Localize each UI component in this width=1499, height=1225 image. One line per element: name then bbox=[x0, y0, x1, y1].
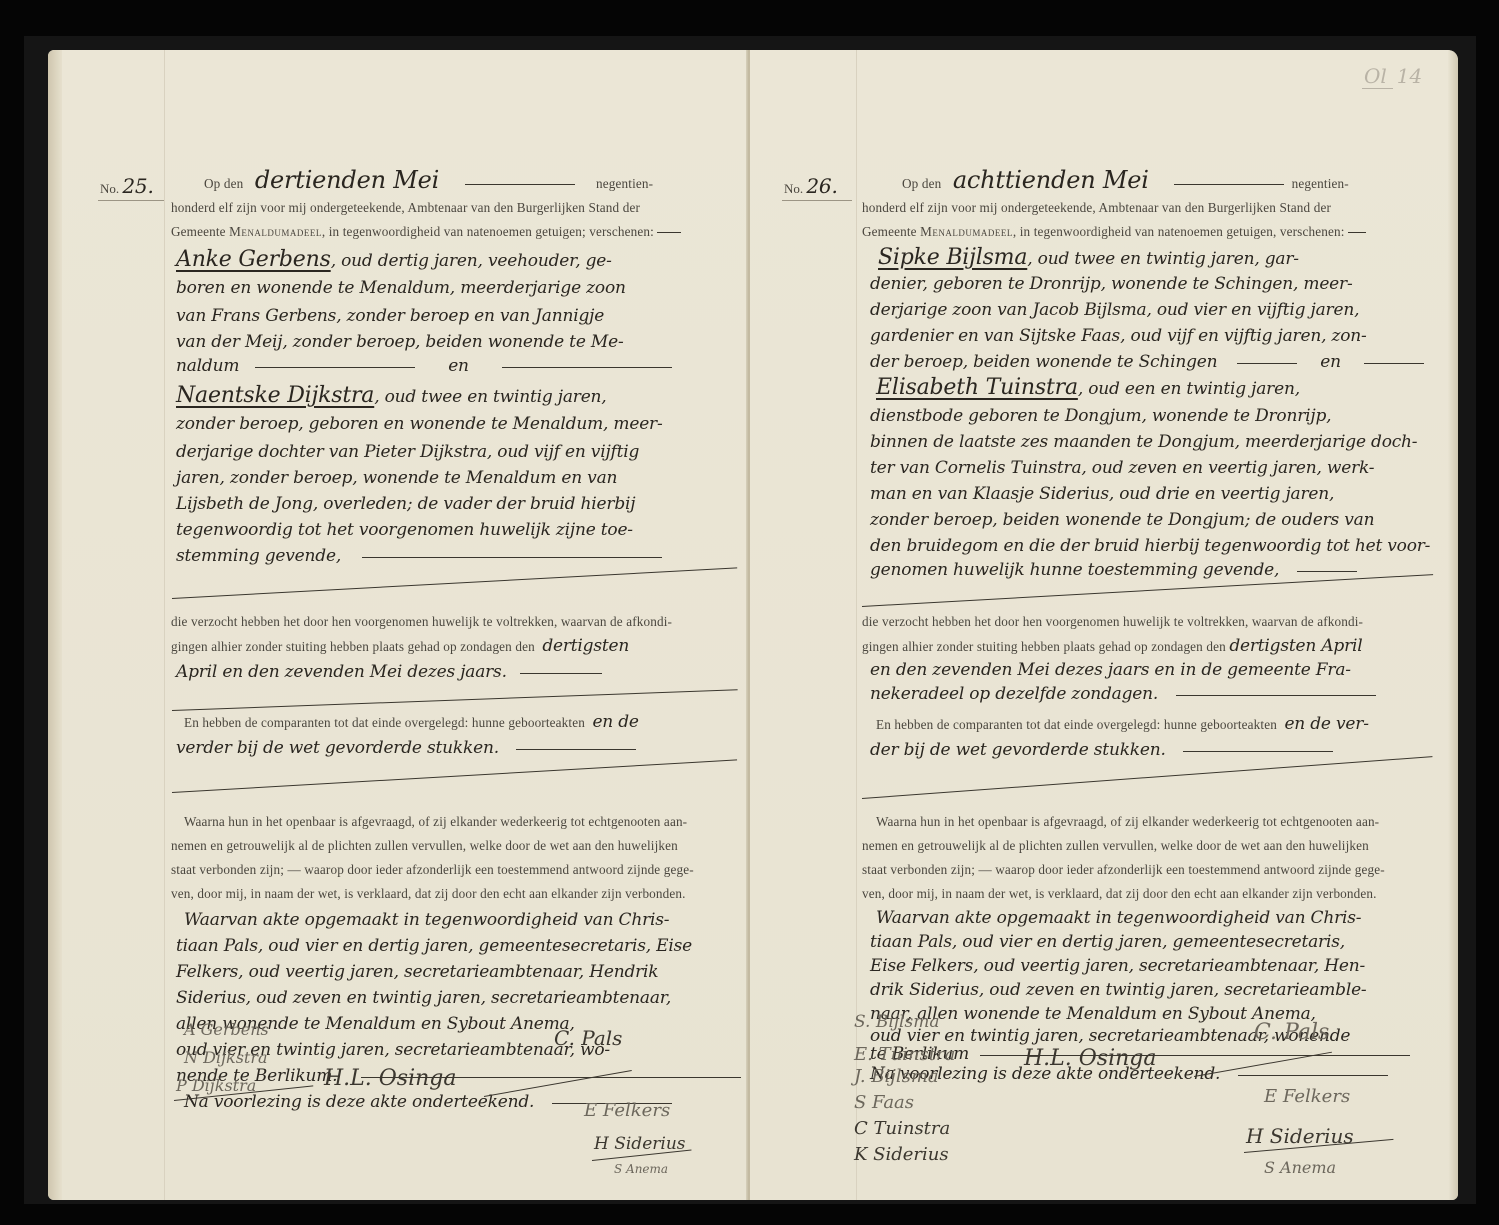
entry-number-rule bbox=[98, 200, 164, 201]
witness-line-2: tiaan Pals, oud vier en dertig jaren, ge… bbox=[870, 930, 1345, 954]
bride-line-8: genomen huwelijk hunne toestemming geven… bbox=[870, 558, 1357, 583]
opening-line-1: Op den dertienden Mei negentien- bbox=[204, 168, 653, 196]
signature-father-groom: J. Bijlsma bbox=[854, 1066, 939, 1087]
bride-name: Naentske Dijkstra bbox=[176, 383, 374, 408]
proclamation-date: dertigsten bbox=[542, 636, 629, 656]
bride-line-1: Naentske Dijkstra, oud twee en twintig j… bbox=[176, 384, 607, 410]
bride-line-7: stemming gevende, bbox=[176, 544, 662, 569]
groom-name: Sipke Bijlsma bbox=[878, 245, 1027, 270]
groom-line-4: gardenier en van Sijtske Faas, oud vijf … bbox=[870, 324, 1367, 348]
signature-bride: N Dijkstra bbox=[184, 1048, 268, 1067]
witness-line-7: nende te Berlikum. bbox=[176, 1064, 741, 1089]
signature-father-bride: C Tuinstra bbox=[854, 1118, 950, 1139]
register-book: No. 25. Op den dertienden Mei negentien-… bbox=[24, 36, 1476, 1204]
proclamation-line-2: gingen alhier zonder stuiting hebben pla… bbox=[171, 634, 629, 659]
signature-registrar: H.L. Osinga bbox=[324, 1066, 457, 1091]
vows-line-1: Waarna hun in het openbaar is afgevraagd… bbox=[876, 810, 1379, 834]
signature-registrar: H.L. Osinga bbox=[1024, 1046, 1157, 1071]
documents-line-1: En hebben de comparanten tot dat einde o… bbox=[184, 710, 639, 735]
groom-name: Anke Gerbens bbox=[176, 247, 331, 272]
groom-line-2: denier, geboren te Dronrijp, wonende te … bbox=[870, 272, 1353, 296]
documents-line-1: En hebben de comparanten tot dat einde o… bbox=[876, 712, 1369, 737]
signature-bride: E. Tuinstra bbox=[854, 1044, 955, 1065]
bride-line-2: zonder beroep, geboren en wonende te Men… bbox=[176, 412, 663, 436]
marriage-date: achttienden Mei bbox=[953, 166, 1149, 194]
proclamation-line-1: die verzocht hebben het door hen voorgen… bbox=[862, 610, 1363, 634]
vows-line-3: staat verbonden zijn; — waarop door iede… bbox=[862, 858, 1385, 882]
signature-witness-4: S Anema bbox=[1264, 1158, 1336, 1177]
municipality-name: Menaldumadeel bbox=[229, 224, 322, 239]
signature-witness-4: S Anema bbox=[614, 1162, 668, 1176]
entry-number-value: 25. bbox=[122, 174, 153, 198]
signature-witness-2: E Felkers bbox=[584, 1100, 670, 1121]
bride-line-6: tegenwoordig tot het voorgenomen huwelij… bbox=[176, 518, 633, 542]
documents-line-2: der bij de wet gevorderde stukken. bbox=[870, 738, 1333, 763]
closing-stroke bbox=[172, 567, 737, 599]
vows-line-2: nemen en getrouwelijk al de plichten zul… bbox=[862, 834, 1369, 858]
vows-line-4: ven, door mij, in naam der wet, is verkl… bbox=[862, 882, 1377, 906]
signature-witness-1: C. Pals bbox=[554, 1026, 622, 1050]
groom-line-1: Sipke Bijlsma, oud twee en twintig jaren… bbox=[878, 246, 1299, 272]
witness-line-4: drik Siderius, oud zeven en twintig jare… bbox=[870, 978, 1366, 1002]
bride-line-6: zonder beroep, beiden wonende te Dongjum… bbox=[870, 508, 1374, 532]
proclamation-line-1: die verzocht hebben het door hen voorgen… bbox=[171, 610, 672, 634]
witness-line-1: Waarvan akte opgemaakt in tegenwoordighe… bbox=[876, 906, 1361, 930]
signature-witness-2: E Felkers bbox=[1264, 1086, 1350, 1107]
proclamation-line-3: April en den zevenden Mei dezes jaars. bbox=[176, 660, 602, 685]
proclamation-line-4: nekeradeel op dezelfde zondagen. bbox=[870, 682, 1376, 707]
opening-line-3: Gemeente Menaldumadeel, in tegenwoordigh… bbox=[171, 220, 681, 244]
vows-line-1: Waarna hun in het openbaar is afgevraagd… bbox=[184, 810, 687, 834]
witness-line-1: Waarvan akte opgemaakt in tegenwoordighe… bbox=[184, 908, 669, 932]
signature-witness-1: C. Pals bbox=[1254, 1020, 1329, 1045]
bride-name: Elisabeth Tuinstra bbox=[876, 375, 1078, 400]
proclamation-line-2: gingen alhier zonder stuiting hebben pla… bbox=[862, 634, 1362, 659]
margin-rule bbox=[164, 50, 165, 1200]
entry-number: No. 26. bbox=[784, 174, 838, 198]
entry-number-rule bbox=[782, 200, 852, 201]
bride-line-5: Lijsbeth de Jong, overleden; de vader de… bbox=[176, 492, 635, 516]
witness-line-3: Felkers, oud veertig jaren, secretarieam… bbox=[176, 960, 658, 984]
groom-line-3: derjarige zoon van Jacob Bijlsma, oud vi… bbox=[870, 298, 1359, 322]
groom-line-1: Anke Gerbens, oud dertig jaren, veehoude… bbox=[176, 248, 612, 274]
signature-groom: A Gerbens bbox=[184, 1020, 269, 1039]
groom-line-3: van Frans Gerbens, zonder beroep en van … bbox=[176, 304, 604, 328]
page-number: Ol14 bbox=[1362, 64, 1422, 89]
opening-line-3: Gemeente Menaldumadeel, in tegenwoordigh… bbox=[862, 220, 1366, 244]
bride-line-1: Elisabeth Tuinstra, oud een en twintig j… bbox=[876, 376, 1300, 402]
bride-line-3: binnen de laatste zes maanden te Dongjum… bbox=[870, 430, 1417, 454]
proclamation-date: dertigsten April bbox=[1229, 636, 1362, 656]
opening-line-2: honderd elf zijn voor mij ondergeteekend… bbox=[862, 196, 1331, 220]
bride-line-2: dienstbode geboren te Dongjum, wonende t… bbox=[870, 404, 1331, 428]
opening-line-2: honderd elf zijn voor mij ondergeteekend… bbox=[171, 196, 640, 220]
bride-line-7: den bruidegom en die der bruid hierbij t… bbox=[870, 534, 1430, 558]
entry-number-value: 26. bbox=[806, 174, 837, 198]
signature-mother-bride: K Siderius bbox=[854, 1144, 949, 1165]
municipality-name: Menaldumadeel bbox=[920, 224, 1013, 239]
groom-line-5: der beroep, beiden wonende te Schingen e… bbox=[870, 350, 1424, 375]
bride-line-4: jaren, zonder beroep, wonende te Menaldu… bbox=[176, 466, 617, 490]
vows-line-4: ven, door mij, in naam der wet, is verkl… bbox=[171, 882, 686, 906]
witness-line-2: tiaan Pals, oud vier en dertig jaren, ge… bbox=[176, 934, 692, 958]
witness-line-3: Eise Felkers, oud veertig jaren, secreta… bbox=[870, 954, 1365, 978]
left-page: No. 25. Op den dertienden Mei negentien-… bbox=[48, 50, 748, 1200]
proclamation-line-3: en den zevenden Mei dezes jaars en in de… bbox=[870, 658, 1351, 682]
groom-line-5: naldum en bbox=[176, 354, 672, 379]
bride-line-3: derjarige dochter van Pieter Dijkstra, o… bbox=[176, 440, 639, 464]
groom-line-2: boren en wonende te Menaldum, meerderjar… bbox=[176, 276, 626, 300]
signature-mother-groom: S Faas bbox=[854, 1092, 914, 1113]
closing-stroke bbox=[172, 689, 738, 711]
vows-line-2: nemen en getrouwelijk al de plichten zul… bbox=[171, 834, 678, 858]
signature-groom: S. Bijlsma bbox=[854, 1012, 939, 1032]
opening-line-1: Op den achttienden Mei negentien- bbox=[902, 168, 1349, 196]
vows-line-3: staat verbonden zijn; — waarop door iede… bbox=[171, 858, 694, 882]
documents-line-2: verder bij de wet gevorderde stukken. bbox=[176, 736, 636, 761]
bride-line-4: ter van Cornelis Tuinstra, oud zeven en … bbox=[870, 456, 1374, 480]
closing-stroke bbox=[172, 759, 737, 793]
groom-line-4: van der Meij, zonder beroep, beiden wone… bbox=[176, 330, 624, 354]
entry-number: No. 25. bbox=[100, 174, 154, 198]
bride-line-5: man en van Klaasje Siderius, oud drie en… bbox=[870, 482, 1334, 506]
witness-line-4: Siderius, oud zeven en twintig jaren, se… bbox=[176, 986, 671, 1010]
marriage-date: dertienden Mei bbox=[255, 166, 439, 194]
